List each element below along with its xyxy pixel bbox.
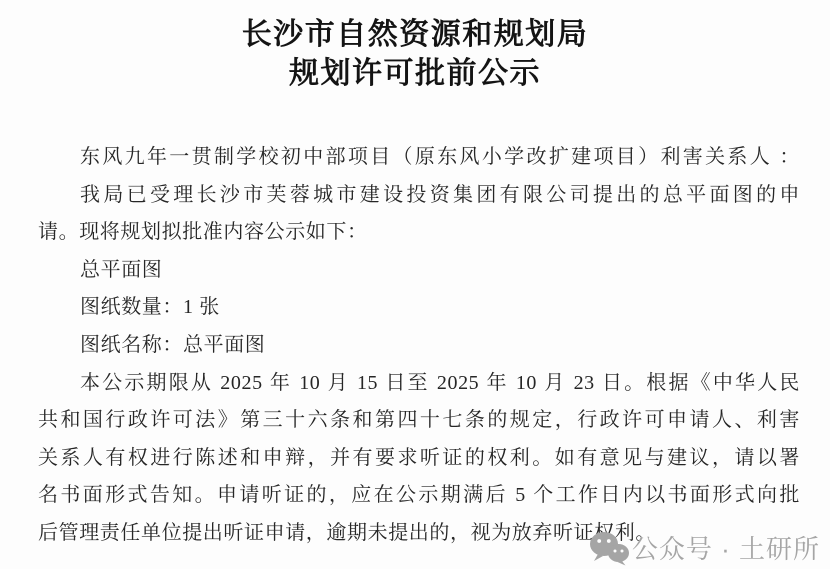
watermark-text: 公众号 · 土研所 <box>632 529 820 566</box>
body-line: 总平面图 <box>38 252 800 290</box>
document-title-line2: 规划许可批前公示 <box>0 54 830 93</box>
body-line: 东风九年一贯制学校初中部项目（原东风小学改扩建项目）利害关系人 ： <box>38 139 800 177</box>
wechat-icon <box>589 530 629 566</box>
body-line: 关系人有权进行陈述和申辩，并有要求听证的权利。如有意见与建议，请以署 <box>38 440 800 478</box>
watermark: 公众号 · 土研所 <box>589 529 820 566</box>
body-line: 名书面形式告知。申请听证的，应在公示期满后 5 个工作日内以书面形式向批 <box>38 477 800 515</box>
body-line: 我局已受理长沙市芙蓉城市建设投资集团有限公司提出的总平面图的申 <box>38 177 800 215</box>
body-line: 图纸名称：总平面图 <box>38 327 800 365</box>
body-line: 图纸数量：1 张 <box>38 289 800 327</box>
document-body: 东风九年一贯制学校初中部项目（原东风小学改扩建项目）利害关系人 ：我局已受理长沙… <box>0 139 830 553</box>
document-page: 长沙市自然资源和规划局 规划许可批前公示 东风九年一贯制学校初中部项目（原东风小… <box>0 0 830 569</box>
body-line: 本公示期限从 2025 年 10 月 15 日至 2025 年 10 月 23 … <box>38 365 800 403</box>
body-line: 共和国行政许可法》第三十六条和第四十七条的规定，行政许可申请人、利害 <box>38 402 800 440</box>
document-title-line1: 长沙市自然资源和规划局 <box>0 15 830 54</box>
document-title: 长沙市自然资源和规划局 规划许可批前公示 <box>0 0 830 93</box>
body-line: 请。现将规划拟批准内容公示如下： <box>38 214 800 252</box>
